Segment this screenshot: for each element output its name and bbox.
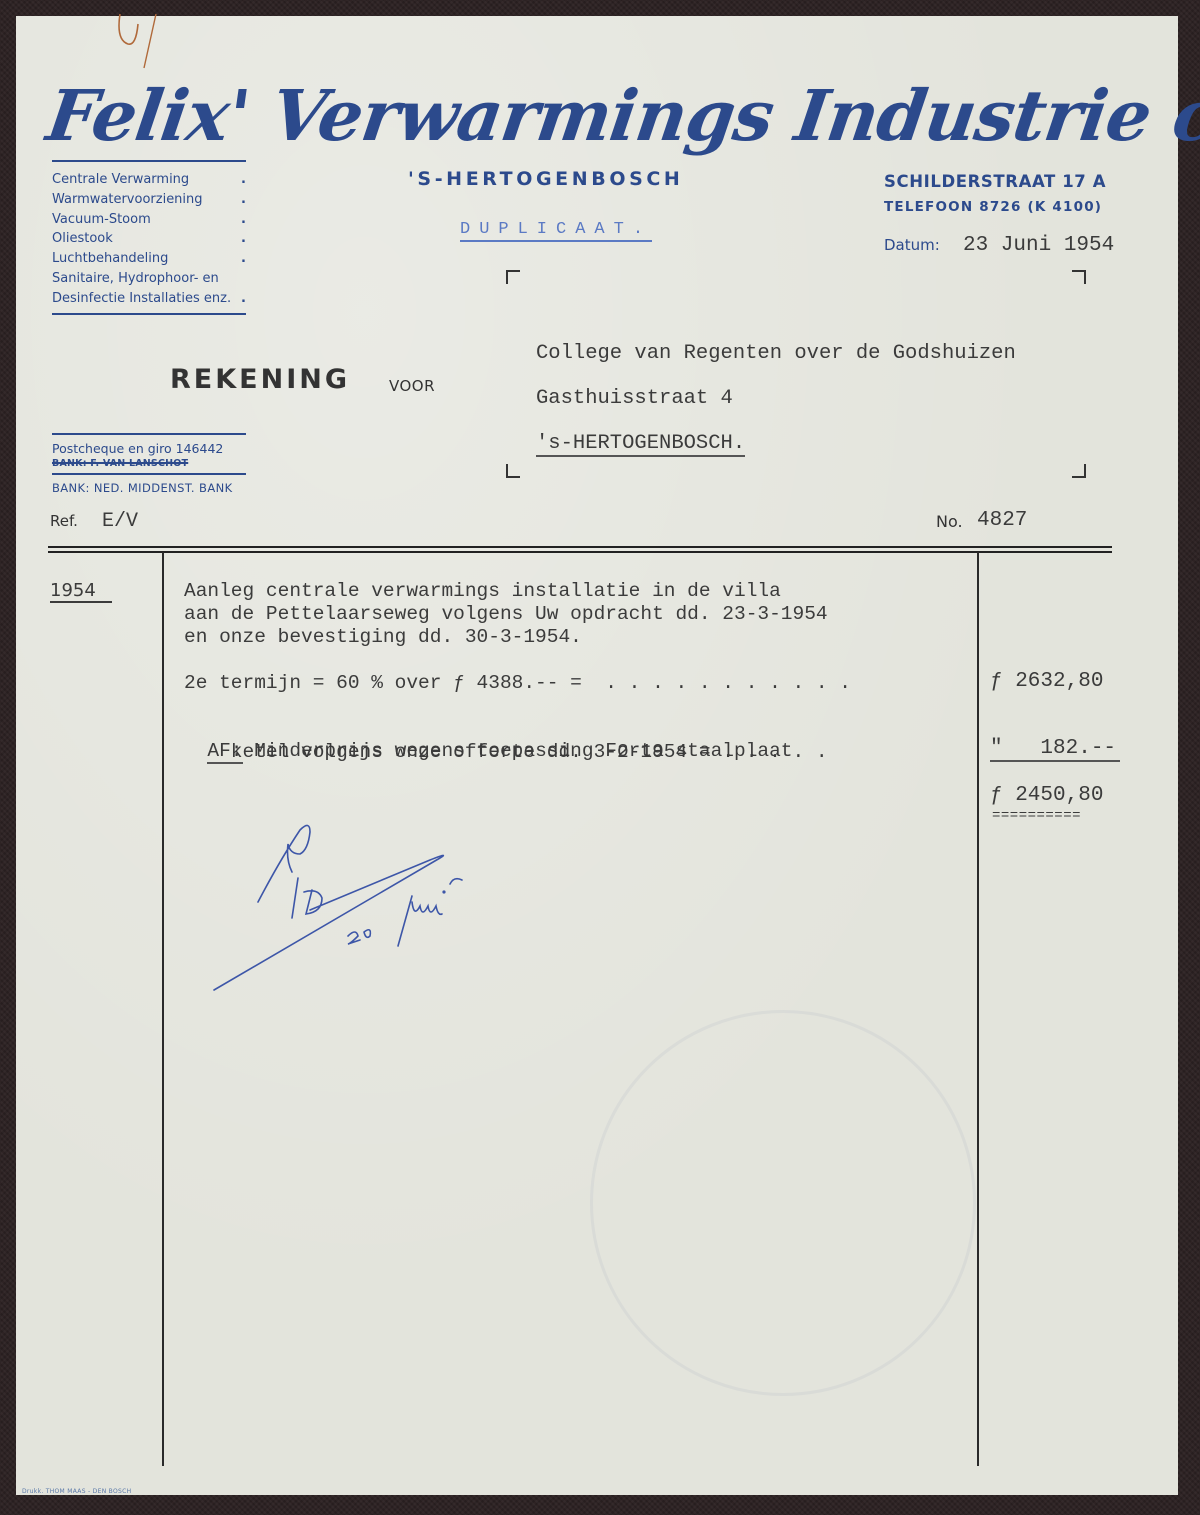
- recipient-street: Gasthuisstraat 4: [536, 387, 733, 410]
- line-item-amount: " 182.--: [990, 737, 1120, 762]
- company-name: Felix' Verwarmings Industrie c.v.: [42, 74, 1200, 157]
- service-item: Warmwatervoorziening.: [52, 190, 246, 210]
- pencil-mark-icon: [110, 10, 170, 70]
- invoice-title: REKENING: [170, 364, 350, 395]
- table-top-rule: [48, 551, 1112, 553]
- service-item: Oliestook.: [52, 229, 246, 249]
- invoice-title-suffix: VOOR: [389, 377, 435, 395]
- company-city: 'S-HERTOGENBOSCH: [408, 168, 683, 190]
- total-amount: ƒ 2450,80: [990, 784, 1103, 807]
- line-item-text: 2e termijn = 60 % over ƒ 4388.-- = . . .…: [184, 672, 851, 694]
- table-column-divider: [162, 552, 164, 1466]
- service-item: Vacuum-Stoom.: [52, 210, 246, 230]
- service-item: Luchtbehandeling.: [52, 249, 246, 269]
- payment-details: Postcheque en giro 146442 BANK: F. VAN L…: [52, 433, 246, 495]
- company-address: SCHILDERSTRAAT 17 A: [884, 172, 1106, 191]
- service-item: Sanitaire, Hydrophoor- en: [52, 269, 246, 289]
- address-window-corner: [506, 464, 520, 478]
- divider: [52, 433, 246, 435]
- invoice-number: 4827: [977, 509, 1027, 532]
- table-top-rule: [48, 546, 1112, 548]
- service-item: Desinfectie Installaties enz..: [52, 289, 246, 309]
- ref-label: Ref.: [50, 512, 78, 530]
- recipient-city: 's-HERTOGENBOSCH.: [536, 432, 745, 457]
- table-column-divider: [977, 552, 979, 1466]
- bank-name: BANK: NED. MIDDENST. BANK: [52, 481, 246, 495]
- date-value: 23 Juni 1954: [963, 234, 1114, 257]
- service-item: Centrale Verwarming.: [52, 170, 246, 190]
- line-item-text: ketel volgens onze offerte dd. 3-2-1954 …: [184, 741, 828, 763]
- description-line: en onze bevestiging dd. 30-3-1954.: [184, 626, 582, 648]
- date-label: Datum:: [884, 236, 940, 254]
- company-telephone: TELEFOON 8726 (K 4100): [884, 199, 1102, 215]
- invoice-number-label: No.: [936, 512, 963, 531]
- total-double-underline: ==========: [992, 808, 1081, 824]
- description-line: aan de Pettelaarseweg volgens Uw opdrach…: [184, 603, 828, 625]
- table-year: 1954: [50, 580, 112, 603]
- address-window-corner: [1072, 464, 1086, 478]
- ref-value: E/V: [102, 510, 138, 533]
- address-window-corner: [506, 270, 520, 284]
- giro-number: Postcheque en giro 146442: [52, 441, 246, 456]
- description-line: Aanleg centrale verwarmings installatie …: [184, 580, 781, 602]
- address-window-corner: [1072, 270, 1086, 284]
- old-bank-struck: BANK: F. VAN LANSCHOT: [52, 458, 246, 469]
- duplicate-stamp: DUPLICAAT.: [460, 220, 652, 242]
- handwritten-signature-icon: [200, 810, 500, 1000]
- recipient-name: College van Regenten over de Godshuizen: [536, 342, 1016, 365]
- services-list: Centrale Verwarming. Warmwatervoorzienin…: [52, 160, 246, 315]
- divider: [52, 473, 246, 475]
- line-item-amount: ƒ 2632,80: [990, 670, 1103, 693]
- embossed-seal: [590, 1010, 976, 1396]
- printer-imprint: Drukk. THOM MAAS - DEN BOSCH: [22, 1488, 131, 1495]
